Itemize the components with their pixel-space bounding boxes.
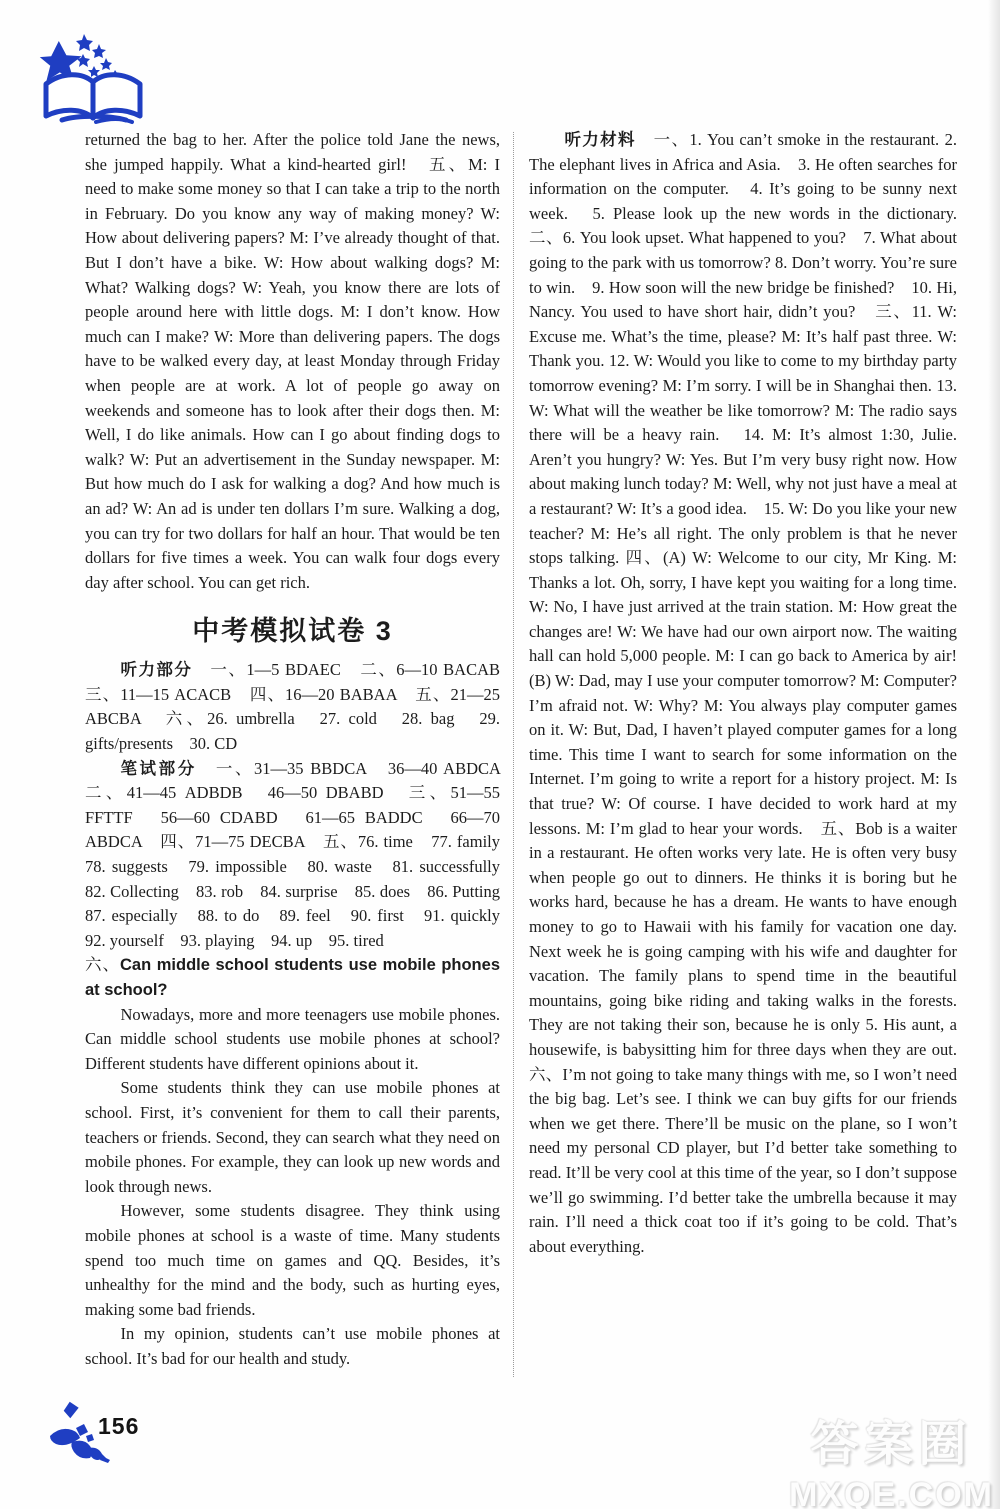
essay-paragraph-1: Nowadays, more and more teenagers use mo…	[85, 1003, 500, 1077]
essay-paragraph-4: In my opinion, students can’t use mobile…	[85, 1322, 500, 1371]
text-segment: However, some students disagree. They th…	[85, 1201, 500, 1318]
text-segment: 六、	[85, 955, 120, 974]
text-columns: returned the bag to her. After the polic…	[85, 128, 957, 1377]
listening-material: 听力材料 一、1. You can’t smoke in the restaur…	[529, 128, 957, 1259]
text-segment: 一、31—35 BBDCA 36—40 ABDCA 二、41—45 ADBDB …	[85, 759, 517, 950]
exam-title: 中考模拟试卷 3	[85, 609, 500, 648]
essay-paragraph-3: However, some students disagree. They th…	[85, 1199, 500, 1322]
text-segment: 听力部分	[120, 661, 192, 679]
text-segment: 笔试部分	[120, 760, 196, 778]
page-number: 156	[98, 1413, 139, 1440]
essay-title: 六、Can middle school students use mobile …	[85, 953, 500, 1002]
text-segment: 听力材料	[564, 131, 635, 149]
watermark-url: MXQE.COM	[789, 1476, 994, 1509]
text-segment: Can middle school students use mobile ph…	[85, 956, 500, 999]
column-divider	[513, 132, 514, 1377]
listening-script-continued: returned the bag to her. After the polic…	[85, 128, 500, 595]
text-segment: Nowadays, more and more teenagers use mo…	[85, 1005, 500, 1073]
right-column: 听力材料 一、1. You can’t smoke in the restaur…	[529, 128, 957, 1377]
text-segment: In my opinion, students can’t use mobile…	[85, 1324, 500, 1368]
watermark: 答案圈 MXQE.COM	[789, 1405, 994, 1509]
left-column: returned the bag to her. After the polic…	[85, 128, 500, 1377]
text-segment: 一、1. You can’t smoke in the restaurant. …	[529, 130, 974, 1256]
text-segment: 五、	[429, 155, 468, 174]
written-answers: 笔试部分 一、31—35 BBDCA 36—40 ABDCA 二、41—45 A…	[85, 757, 500, 954]
essay-paragraph-2: Some students think they can use mobile …	[85, 1076, 500, 1199]
listening-answers: 听力部分 一、1—5 BDAEC 二、6—10 BACAB 三、11—15 AC…	[85, 658, 500, 756]
text-segment: Some students think they can use mobile …	[85, 1078, 500, 1195]
text-segment: M: I need to make some money so that I c…	[85, 155, 500, 592]
book-page: returned the bag to her. After the polic…	[0, 0, 1000, 1509]
open-book-stars-logo	[36, 22, 154, 134]
watermark-chinese: 答案圈	[789, 1405, 994, 1474]
